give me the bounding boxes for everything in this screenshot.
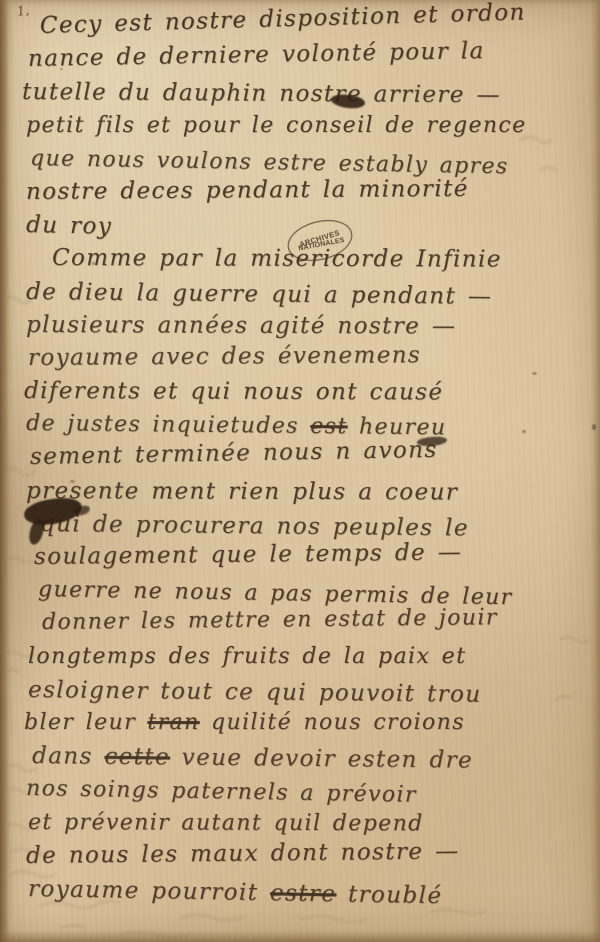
manuscript-line: diferents et qui nous ont causé [24,378,600,413]
manuscript-line: longtemps des fruits de la paix et [28,644,600,677]
manuscript-line: presente ment rien plus a coeur [26,478,600,513]
ink-speck [92,262,95,265]
manuscript-line: de nous les maux dont nostre — [26,837,600,876]
manuscript-text: Cecy est nostre disposition et ordonnanc… [0,13,600,909]
bottom-edge-shadow [0,930,600,942]
struck-word: tran [147,710,199,735]
ink-speck [522,430,526,433]
struck-word: cette [104,744,170,771]
manuscript-line: dans cette veue devoir esten dre [32,743,600,782]
ink-speck [60,68,63,70]
manuscript-line: bler leur tran quilité nous croions [24,710,600,743]
manuscript-line: royaume pourroit estre troublé [28,876,600,919]
manuscript-page: 1, Cecy est nostre disposition et ordonn… [0,0,600,942]
manuscript-line: tutelle du dauphin nostre arriere — [22,79,600,116]
ink-speck [532,372,537,375]
manuscript-line: donner les mettre en estat de jouir [42,605,600,644]
struck-word: est [310,414,348,439]
ink-speck [592,424,596,430]
manuscript-line: nostre deces pendant la minorité [26,175,600,212]
struck-word: estre [270,880,337,907]
manuscript-line: royaume avec des évenemens [28,341,600,378]
manuscript-line: soulagement que le temps de — [34,538,600,577]
ink-speck [70,480,75,483]
manuscript-line: petit fils et pour le conseil de regence [26,113,600,146]
